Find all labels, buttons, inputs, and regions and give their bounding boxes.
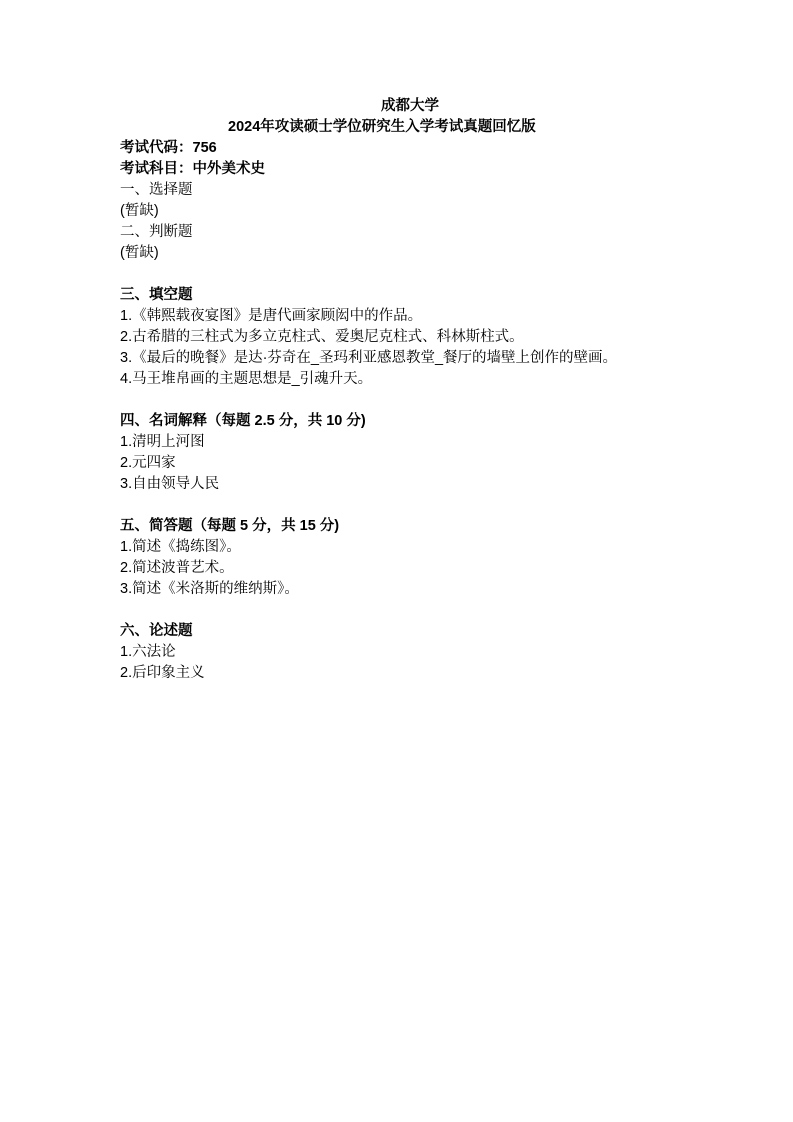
section-item: 1.简述《捣练图》。 <box>120 537 680 558</box>
section-heading: 二、判断题 <box>120 222 680 243</box>
section-item: 2.元四家 <box>120 453 680 474</box>
spacer <box>120 600 680 621</box>
section-item: 3.《最后的晚餐》是达·芬奇在_圣玛利亚感恩教堂_餐厅的墙壁上创作的壁画。 <box>120 348 680 369</box>
section-item: 4.马王堆帛画的主题思想是_引魂升天。 <box>120 369 680 390</box>
section-true-false: 二、判断题 (暂缺) <box>120 222 680 264</box>
spacer <box>120 390 680 411</box>
section-item: (暂缺) <box>120 201 680 222</box>
section-item: 3.简述《米洛斯的维纳斯》。 <box>120 579 680 600</box>
section-heading: 四、名词解释（每题 2.5 分，共 10 分) <box>120 411 680 432</box>
section-fill-blank: 三、填空题 1.《韩熙载夜宴图》是唐代画家顾闳中的作品。 2.古希腊的三柱式为多… <box>120 285 680 390</box>
section-short-answer: 五、简答题（每题 5 分，共 15 分) 1.简述《捣练图》。 2.简述波普艺术… <box>120 516 680 600</box>
section-term-explanation: 四、名词解释（每题 2.5 分，共 10 分) 1.清明上河图 2.元四家 3.… <box>120 411 680 495</box>
exam-code: 考试代码：756 <box>120 138 680 159</box>
section-heading: 六、论述题 <box>120 621 680 642</box>
document-title: 2024年攻读硕士学位研究生入学考试真题回忆版 <box>120 117 680 138</box>
section-item: 1.《韩熙载夜宴图》是唐代画家顾闳中的作品。 <box>120 306 680 327</box>
section-heading: 三、填空题 <box>120 285 680 306</box>
section-item: 2.简述波普艺术。 <box>120 558 680 579</box>
section-item: 1.六法论 <box>120 642 680 663</box>
section-heading: 一、选择题 <box>120 180 680 201</box>
exam-subject: 考试科目：中外美术史 <box>120 159 680 180</box>
section-essay: 六、论述题 1.六法论 2.后印象主义 <box>120 621 680 684</box>
section-item: 1.清明上河图 <box>120 432 680 453</box>
section-choice: 一、选择题 (暂缺) <box>120 180 680 222</box>
section-item: 2.古希腊的三柱式为多立克柱式、爱奥尼克柱式、科林斯柱式。 <box>120 327 680 348</box>
section-item: (暂缺) <box>120 243 680 264</box>
section-heading: 五、简答题（每题 5 分，共 15 分) <box>120 516 680 537</box>
document-page: 成都大学 2024年攻读硕士学位研究生入学考试真题回忆版 考试代码：756 考试… <box>120 96 680 684</box>
spacer <box>120 264 680 285</box>
university-name: 成都大学 <box>120 96 680 117</box>
section-item: 2.后印象主义 <box>120 663 680 684</box>
spacer <box>120 495 680 516</box>
section-item: 3.自由领导人民 <box>120 474 680 495</box>
